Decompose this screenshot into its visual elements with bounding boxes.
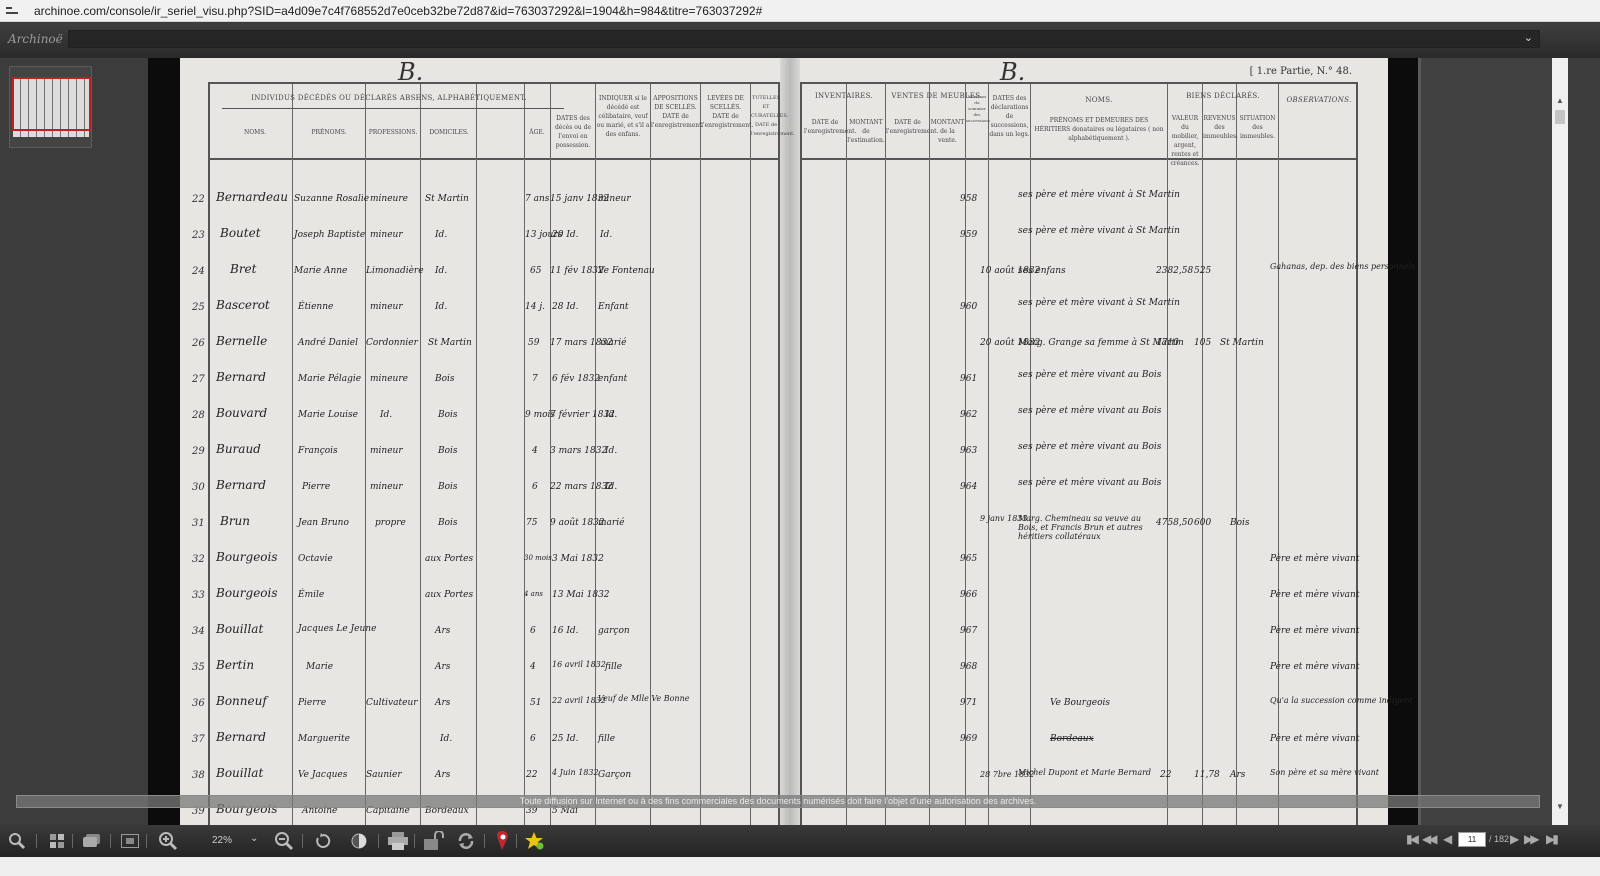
star-add-icon[interactable] <box>524 831 546 851</box>
url-text[interactable]: archinoe.com/console/ir_seriel_visu.php?… <box>34 4 762 18</box>
row-age: 14 j. <box>525 302 545 312</box>
table-row: 23 Boutet Joseph Baptiste mineur Id. 13 … <box>180 222 1388 258</box>
table-row: 37 Bernard Marguerite Id. 6 25 Id. fille… <box>180 726 1388 762</box>
row-number: 38 <box>192 770 205 781</box>
row-profession: Saunier <box>366 770 402 780</box>
toolbar-separator <box>36 834 37 848</box>
vertical-scrollbar[interactable]: ▲ ▼ <box>1552 58 1568 825</box>
row-etat: Veuf de Mlle Ve Bonne <box>598 694 689 703</box>
row-valeur: 22 <box>1160 770 1171 780</box>
row-valeur: 1710 <box>1156 338 1179 348</box>
refresh-icon[interactable] <box>455 831 477 851</box>
header-inv-montant: MONTANT de l'estimation. <box>847 118 885 145</box>
site-settings-icon[interactable] <box>6 4 22 18</box>
header-tutelles: TUTELLES ET CURATELLES. DATE de l'enregi… <box>751 94 781 139</box>
row-heritiers: ses père et mère vivant à St Martin <box>1018 298 1180 308</box>
row-prenom: Marie Anne <box>294 266 347 276</box>
row-domicile: aux Portes <box>425 554 473 564</box>
map-pin-icon[interactable] <box>492 831 512 851</box>
row-number: 30 <box>192 482 205 493</box>
row-age: 65 <box>530 266 541 276</box>
row-heritiers: ses père et mère vivant à St Martin <box>1018 226 1180 236</box>
row-etat: Ve Fontenau <box>598 266 655 276</box>
row-profession: mineur <box>370 230 403 240</box>
header-individus: INDIVIDUS DÉCÉDÉS OU DÉCLARÉS ABSENS, AL… <box>214 94 564 103</box>
row-number: 35 <box>192 662 205 673</box>
row-number: 31 <box>192 518 205 529</box>
app-header: Archinoë ⌄ <box>0 24 1600 58</box>
row-valeur: 2382,58 <box>1156 266 1193 276</box>
row-age: 75 <box>526 518 537 528</box>
row-domicile: Bois <box>438 410 458 420</box>
contrast-icon[interactable] <box>348 831 370 851</box>
header-indiquer: INDIQUER si le décédé est célibataire, v… <box>596 94 650 139</box>
row-number: 29 <box>192 446 205 457</box>
row-sommier: 961 <box>960 374 977 384</box>
row-age: 59 <box>528 338 539 348</box>
row-number: 24 <box>192 266 205 277</box>
row-prenom: Marie Pélagie <box>298 374 361 384</box>
header-observations: OBSERVATIONS. <box>1280 96 1358 105</box>
header-domiciles: DOMICILES. <box>422 128 476 137</box>
row-etat: fille <box>605 662 622 672</box>
row-nom: Bernard <box>216 730 266 744</box>
row-profession: Cultivateur <box>366 698 418 708</box>
row-valeur: 4758,50 <box>1156 518 1193 528</box>
row-date: 20 Id. <box>552 230 579 240</box>
row-number: 34 <box>192 626 205 637</box>
header-subrule <box>222 108 564 109</box>
row-nom: Bret <box>230 262 256 276</box>
row-age: 6 <box>530 734 536 744</box>
table-row: 29 Buraud François mineur Bois 4 3 mars … <box>180 438 1388 474</box>
table-row: 38 Bouillat Ve Jacques Saunier Ars 22 4 … <box>180 762 1388 798</box>
row-date: 3 mars 1832 <box>550 446 607 456</box>
row-situation: Ars <box>1230 770 1245 780</box>
row-nom: Boutet <box>220 226 261 240</box>
row-prenom: Octavie <box>298 554 333 564</box>
previous-page-icon[interactable]: ◀ <box>1443 832 1449 846</box>
row-heritiers: ses père et mère vivant au Bois <box>1018 406 1161 416</box>
row-domicile: Bois <box>438 482 458 492</box>
part-number-label: [ 1.re Partie, N.° 48. <box>1250 66 1352 77</box>
row-nom: Bernard <box>216 370 266 384</box>
table-row: 28 Bouvard Marie Louise Id. Bois 9 mois … <box>180 402 1388 438</box>
row-profession: mineur <box>370 446 403 456</box>
row-age: 30 mois <box>524 554 552 562</box>
row-profession: mineure <box>370 194 408 204</box>
zoom-dropdown-chevron-icon[interactable]: ⌄ <box>250 833 258 844</box>
row-observations: Son père et sa mère vivant <box>1270 768 1379 777</box>
row-nom: Bonneuf <box>216 694 267 708</box>
row-number: 25 <box>192 302 205 313</box>
header-renvois: Numéros du sommier des successions <box>966 94 988 124</box>
header-professions: PROFESSIONS. <box>366 128 420 137</box>
row-prenom: Marie Louise <box>298 410 358 420</box>
page-thumbnail[interactable] <box>9 66 92 148</box>
row-prenom: Jean Bruno <box>298 518 349 528</box>
print-icon[interactable] <box>386 831 410 851</box>
scanned-register-page: B. INDIVIDUS DÉCÉDÉS OU DÉCLARÉS ABSENS,… <box>180 58 1388 825</box>
row-number: 27 <box>192 374 205 385</box>
browser-address-bar[interactable]: archinoe.com/console/ir_seriel_visu.php?… <box>0 0 1600 22</box>
row-date: 13 Mai 1832 <box>552 590 610 600</box>
toolbar-separator <box>414 834 415 848</box>
row-etat: mineur <box>598 194 631 204</box>
row-date: 11 fév 1832 <box>550 266 604 276</box>
row-heritiers: ses enfans <box>1018 266 1066 276</box>
row-heritiers: ses père et mère vivant au Bois <box>1018 478 1161 488</box>
row-etat: Enfant <box>598 302 628 312</box>
row-nom: Bouvard <box>216 406 267 420</box>
row-nom: Buraud <box>216 442 261 456</box>
table-row: 22 Bernardeau Suzanne Rosalie mineure St… <box>180 186 1388 222</box>
row-observations: Père et mère vivant <box>1270 554 1359 564</box>
row-number: 23 <box>192 230 205 241</box>
grid-icon[interactable] <box>48 831 66 851</box>
first-page-icon[interactable]: ▮◀ <box>1406 832 1416 846</box>
row-prenom: Pierre <box>302 482 330 492</box>
archinoe-logo: Archinoë <box>8 32 63 46</box>
row-date: 25 Id. <box>552 734 579 744</box>
table-row: 34 Bouillat Jacques Le Jeune Ars 6 16 Id… <box>180 618 1388 654</box>
header-valeur: VALEUR du mobilier, argent, rentes et cr… <box>1168 114 1202 168</box>
header-age: ÂGE. <box>524 128 550 137</box>
row-heritiers: ses père et mère vivant au Bois <box>1018 442 1161 452</box>
row-revenus: 11,78 <box>1194 770 1220 780</box>
toolbar-separator <box>146 834 147 848</box>
row-profession: propre <box>375 518 406 528</box>
header-prenoms: PRÉNOMS. <box>294 128 364 137</box>
table-row: 35 Bertin Marie Ars 4 16 avril 1832 fill… <box>180 654 1388 690</box>
row-sommier: 959 <box>960 230 977 240</box>
row-prenom: Marie <box>306 662 333 672</box>
row-domicile: Bois <box>435 374 455 384</box>
row-situation: Bois <box>1230 518 1250 528</box>
row-sommier: 958 <box>960 194 977 204</box>
scrollbar-thumb[interactable] <box>1555 110 1565 124</box>
row-date: 9 août 1832 <box>550 518 605 528</box>
zoom-in-icon[interactable] <box>156 831 180 851</box>
row-etat: Garçon <box>598 770 631 780</box>
toolbar-separator <box>378 834 379 848</box>
toolbar-separator <box>516 834 517 848</box>
row-heritiers: Bordeaux <box>1050 734 1094 744</box>
row-nom: Bouillat <box>216 766 263 780</box>
header-biens: BIENS DÉCLARÉS. <box>1168 92 1278 101</box>
zoom-out-icon[interactable] <box>272 831 296 851</box>
row-heritiers: Ve Bourgeois <box>1050 698 1110 708</box>
table-row: 32 Bourgeois Octavie aux Portes 30 mois … <box>180 546 1388 582</box>
row-sommier: 963 <box>960 446 977 456</box>
row-etat: marié <box>598 518 624 528</box>
row-profession: Cordonnier <box>366 338 418 348</box>
viewport-selection-frame[interactable] <box>12 77 91 131</box>
row-prenom: Ve Jacques <box>298 770 347 780</box>
header-inv-date: DATE de l'enregistrement. <box>804 118 846 136</box>
row-nom: Brun <box>220 514 250 528</box>
row-profession: mineur <box>370 482 403 492</box>
row-etat: enfant <box>598 374 627 384</box>
row-domicile: Ars <box>435 770 450 780</box>
zoom-level-value[interactable]: 22% <box>212 835 232 846</box>
row-sommier: 964 <box>960 482 977 492</box>
header-levees: LEVÉES DE SCELLÉS. DATE de l'enregistrem… <box>701 94 750 130</box>
row-nom: Bourgeois <box>216 550 278 564</box>
row-date: 4 Juin 1832 <box>552 768 599 777</box>
header-situation: SITUATION des immeubles. <box>1237 114 1278 141</box>
row-etat: marié <box>600 338 626 348</box>
chevron-down-icon[interactable]: ⌄ <box>1524 31 1533 44</box>
row-number: 26 <box>192 338 205 349</box>
scroll-down-arrow-icon[interactable]: ▼ <box>1556 802 1564 811</box>
row-revenus: 525 <box>1194 266 1211 276</box>
row-nom: Bernard <box>216 478 266 492</box>
row-prenom: Émile <box>298 590 324 600</box>
scroll-up-arrow-icon[interactable]: ▲ <box>1556 96 1564 105</box>
unlock-icon[interactable] <box>422 831 446 851</box>
row-observations: Père et mère vivant <box>1270 626 1359 636</box>
row-domicile: St Martin <box>425 194 469 204</box>
row-etat: garçon <box>598 626 630 636</box>
row-prenom: Joseph Baptiste <box>294 230 365 240</box>
table-row: 24 Bret Marie Anne Limonadière Id. 65 11… <box>180 258 1388 294</box>
row-heritiers: Michel Dupont et Marie Bernard <box>1018 768 1151 777</box>
window-icon[interactable] <box>82 831 102 851</box>
table-row: 36 Bonneuf Pierre Cultivateur Ars 51 22 … <box>180 690 1388 726</box>
row-observations: Père et mère vivant <box>1270 662 1359 672</box>
row-domicile: Ars <box>435 698 450 708</box>
header-noms: NOMS. <box>220 128 290 137</box>
row-prenom: Étienne <box>298 302 333 312</box>
row-domicile: St Martin <box>428 338 472 348</box>
viewer-toolbar: 22% ⌄ ▮◀ ◀◀ ◀ 11 / 182 ▶ ▶▶ ▶▮ <box>0 825 1600 857</box>
row-nom: Bernardeau <box>216 190 288 204</box>
row-number: 22 <box>192 194 205 205</box>
table-row: 33 Bourgeois Émile aux Portes 4 ans 13 M… <box>180 582 1388 618</box>
row-sommier: 971 <box>960 698 977 708</box>
row-profession: Id. <box>380 410 392 420</box>
row-domicile: Bois <box>438 446 458 456</box>
row-domicile: Bois <box>438 518 458 528</box>
row-domicile: Id. <box>435 230 447 240</box>
toolbar-separator <box>72 834 73 848</box>
row-profession: Limonadière <box>366 266 424 276</box>
side-panel-right <box>1418 58 1552 825</box>
table-row: 31 Brun Jean Bruno propre Bois 75 9 août… <box>180 510 1388 546</box>
header-noms-heritiers: NOMS. <box>1032 96 1166 105</box>
toolbar-separator <box>484 834 485 848</box>
table-row: 25 Bascerot Étienne mineur Id. 14 j. 28 … <box>180 294 1388 330</box>
row-date: 28 Id. <box>552 302 579 312</box>
row-sommier: 960 <box>960 302 977 312</box>
row-domicile: Ars <box>435 626 450 636</box>
header-heritiers-sub: PRÉNOMS ET DEMEURES DES HÉRITIERS donata… <box>1034 116 1164 143</box>
row-etat: Id. <box>605 446 617 456</box>
table-row: 27 Bernard Marie Pélagie mineure Bois 7 … <box>180 366 1388 402</box>
row-age: 51 <box>530 698 541 708</box>
image-viewer[interactable]: B. INDIVIDUS DÉCÉDÉS OU DÉCLARÉS ABSENS,… <box>148 58 1418 825</box>
row-sommier: 968 <box>960 662 977 672</box>
row-date: 6 fév 1832 <box>552 374 600 384</box>
row-prenom: Marguerite <box>298 734 350 744</box>
row-heritiers: ses père et mère vivant à St Martin <box>1018 190 1180 200</box>
row-age: 4 <box>532 446 538 456</box>
row-domicile: Id. <box>435 302 447 312</box>
header-appositions: APPOSITIONS DE SCELLÉS. DATE de l'enregi… <box>651 94 700 130</box>
row-revenus: 600 <box>1194 518 1211 528</box>
header-rule <box>210 158 778 160</box>
row-nom: Bouillat <box>216 622 263 636</box>
header-inventaires: INVENTAIRES. <box>804 92 884 101</box>
row-nom: Bernelle <box>216 334 267 348</box>
row-domicile: Id. <box>440 734 452 744</box>
row-number: 28 <box>192 410 205 421</box>
row-prenom: Jacques Le Jeune <box>298 624 376 634</box>
copyright-notice: Toute diffusion sur Internet ou à des fi… <box>16 795 1540 808</box>
header-dates: DATES des décès ou de l'envoi en possess… <box>551 114 595 150</box>
search-icon[interactable] <box>6 831 28 851</box>
header-ventes-date: DATE de l'enregistrement. <box>886 118 929 136</box>
row-observations: Gahanas, dep. des biens personnels <box>1270 262 1415 271</box>
next-block-icon[interactable]: ▶▶ <box>1524 832 1536 846</box>
row-revenus: 105 <box>1194 338 1211 348</box>
row-date: 3 Mai 1832 <box>552 554 604 564</box>
rotate-icon[interactable] <box>312 831 334 851</box>
row-age: 4 <box>530 662 536 672</box>
toolbar-separator <box>110 834 111 848</box>
row-domicile: Ars <box>435 662 450 672</box>
row-nom: Bourgeois <box>216 586 278 600</box>
row-prenom: François <box>298 446 338 456</box>
document-select-dropdown[interactable]: ⌄ <box>68 30 1540 48</box>
row-etat: Id. <box>600 230 612 240</box>
row-nom: Bertin <box>216 658 254 672</box>
row-date: 22 mars 1832 <box>550 482 613 492</box>
row-sommier: 965 <box>960 554 977 564</box>
row-observations: Père et mère vivant <box>1270 590 1359 600</box>
row-profession: mineure <box>370 374 408 384</box>
row-number: 36 <box>192 698 205 709</box>
row-heritiers: Marg. Chemineau sa veuve au Bois, et Fra… <box>1018 514 1148 541</box>
row-domicile: Id. <box>435 266 447 276</box>
row-number: 32 <box>192 554 205 565</box>
row-age: 7 <box>532 374 538 384</box>
header-ventes-montant: MONTANT de la vente. <box>930 118 965 145</box>
row-profession: mineur <box>370 302 403 312</box>
header-dates-declarations: DATES des déclarations de successions, d… <box>989 94 1030 139</box>
row-observations: Père et mère vivant <box>1270 734 1359 744</box>
row-heritiers: ses père et mère vivant au Bois <box>1018 370 1161 380</box>
row-etat: Id. <box>605 482 617 492</box>
row-prenom: Suzanne Rosalie <box>294 194 369 204</box>
toolbar-separator <box>302 834 303 848</box>
row-sommier: 969 <box>960 734 977 744</box>
row-sommier: 966 <box>960 590 977 600</box>
row-date: 16 Id. <box>552 626 579 636</box>
page-number-input[interactable]: 11 <box>1458 832 1486 847</box>
window-bottom-edge <box>0 857 1600 876</box>
row-observations: Qu'a la succession comme indigent <box>1270 696 1413 705</box>
row-age: 7 ans <box>525 194 549 204</box>
row-number: 33 <box>192 590 205 601</box>
table-row: 30 Bernard Pierre mineur Bois 6 22 mars … <box>180 474 1388 510</box>
next-page-icon[interactable]: ▶ <box>1510 832 1516 846</box>
row-prenom: Pierre <box>298 698 326 708</box>
row-prenom: André Daniel <box>298 338 358 348</box>
fit-page-icon[interactable] <box>120 831 140 851</box>
row-date: 16 avril 1832 <box>552 660 606 669</box>
row-domicile: aux Portes <box>425 590 473 600</box>
row-age: 22 <box>526 770 537 780</box>
row-etat: fille <box>598 734 615 744</box>
row-nom: Bascerot <box>216 298 270 312</box>
row-age: 6 <box>532 482 538 492</box>
row-sommier: 967 <box>960 626 977 636</box>
last-page-icon[interactable]: ▶▮ <box>1546 832 1556 846</box>
row-age: 4 ans <box>524 590 543 598</box>
row-age: 6 <box>530 626 536 636</box>
thumbnail-panel <box>0 58 148 825</box>
header-revenus: REVENUS des immeubles. <box>1203 114 1236 141</box>
table-row: 26 Bernelle André Daniel Cordonnier St M… <box>180 330 1388 366</box>
right-margin <box>1568 58 1600 825</box>
previous-block-icon[interactable]: ◀◀ <box>1422 832 1434 846</box>
row-situation: St Martin <box>1220 338 1264 348</box>
row-etat: Id. <box>605 410 617 420</box>
page-total-label: / 182 <box>1489 834 1509 844</box>
row-sommier: 962 <box>960 410 977 420</box>
row-number: 37 <box>192 734 205 745</box>
